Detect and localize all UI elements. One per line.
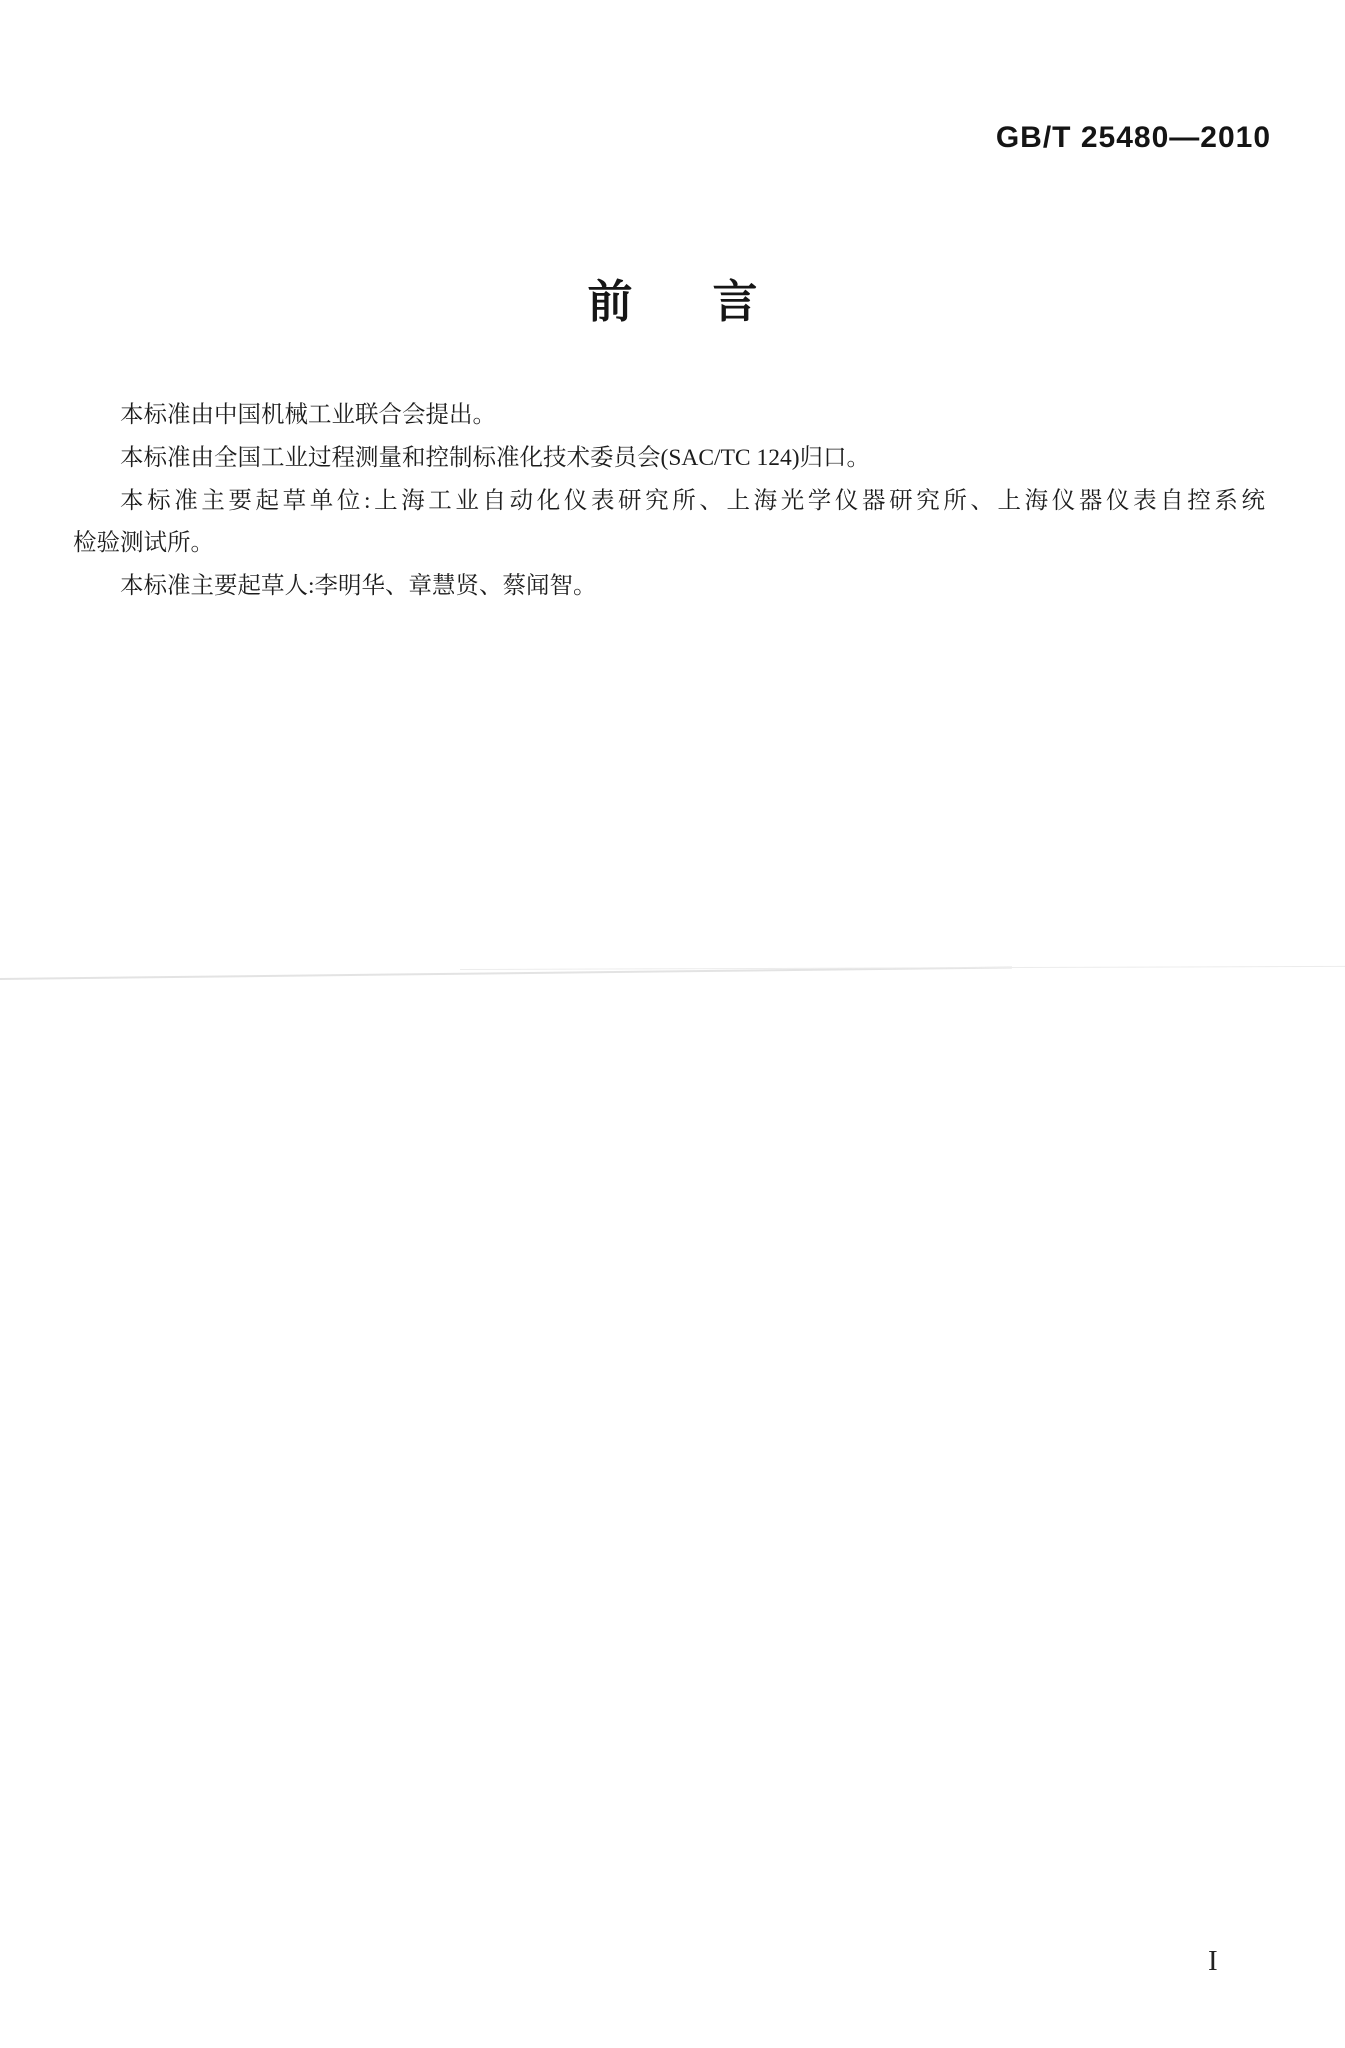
para-centralized-by: 本标准由全国工业过程测量和控制标准化技术委员会(SAC/TC 124)归口。 [73,437,1265,480]
page-title-char-2: 言 [713,276,758,328]
document-page: GB/T 25480—2010 前言 本标准由中国机械工业联合会提出。 本标准由… [0,0,1345,2048]
para-proposed-by: 本标准由中国机械工业联合会提出。 [73,394,1265,437]
para-drafting-organizations-continued: 检验测试所。 [73,522,1265,565]
page-title: 前言 [0,276,1345,328]
page-title-char-1: 前 [587,276,632,328]
para-main-drafters: 本标准主要起草人:李明华、章慧贤、蔡闻智。 [73,565,1265,608]
para-drafting-organizations: 本标准主要起草单位:上海工业自动化仪表研究所、上海光学仪器研究所、上海仪器仪表自… [73,480,1265,523]
standard-code-header: GB/T 25480—2010 [996,120,1271,156]
foreword-body: 本标准由中国机械工业联合会提出。 本标准由全国工业过程测量和控制标准化技术委员会… [73,394,1265,608]
page-number: I [1208,1944,1218,1978]
